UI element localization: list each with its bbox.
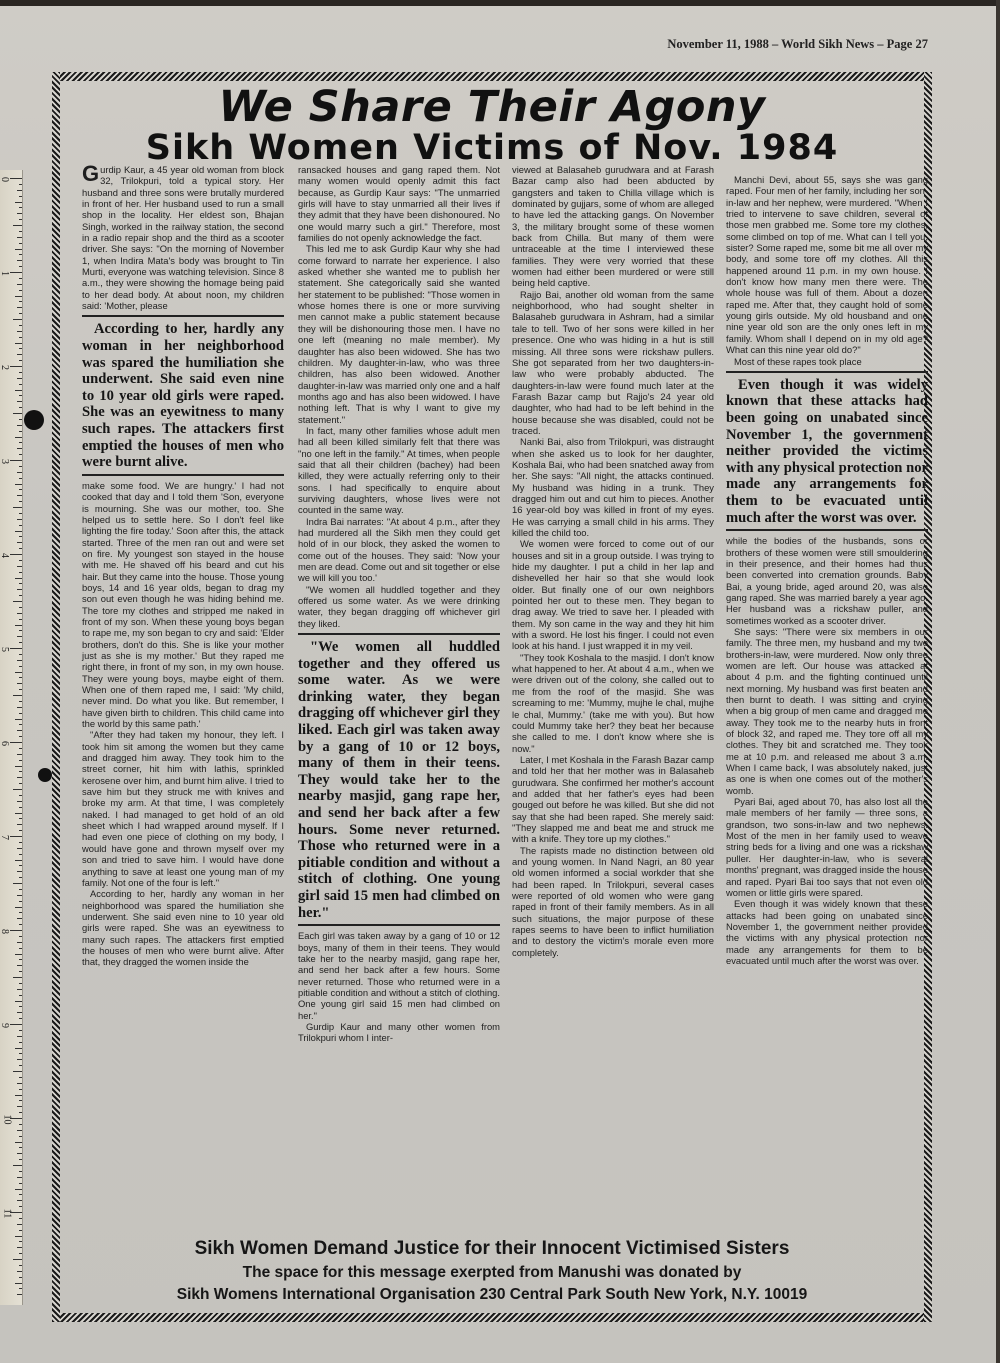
ruler-tick [19, 936, 22, 937]
ruler-number: 4 [0, 553, 10, 558]
ruler-tick [15, 1142, 22, 1143]
article-paragraph: In fact, many other families whose adult… [298, 425, 500, 516]
article-paragraph: Most of these rapes took place [726, 356, 928, 367]
ruler-tick [10, 554, 22, 555]
ruler-tick [19, 1159, 22, 1160]
ruler-tick [17, 1106, 22, 1107]
pull-quote-text: According to her, hardly any woman in he… [82, 321, 284, 470]
article-paragraph: Later, I met Koshala in the Farash Bazar… [512, 754, 714, 845]
ruler-tick [15, 202, 22, 203]
ruler-tick [19, 924, 22, 925]
ruler-tick [19, 560, 22, 561]
article-paragraph: viewed at Balasaheb gurudwara and at Far… [512, 164, 714, 289]
article-paragraph: "They took Koshala to the masjid. I don'… [512, 652, 714, 754]
ruler-tick [15, 766, 22, 767]
ruler-tick [19, 1065, 22, 1066]
ruler-tick [19, 583, 22, 584]
ruler-tick [19, 889, 22, 890]
ruler-tick [19, 995, 22, 996]
ruler-tick [15, 437, 22, 438]
ruler-number: 10 [2, 1115, 13, 1125]
advertisement-frame: We Share Their Agony Sikh Women Victims … [52, 72, 932, 1322]
pull-quote: According to her, hardly any woman in he… [82, 315, 284, 475]
ruler-tick [17, 354, 22, 355]
ruler-tick [10, 930, 22, 931]
ruler-tick [19, 901, 22, 902]
binder-hole [24, 410, 44, 430]
ruler-tick [19, 654, 22, 655]
ruler-tick [19, 348, 22, 349]
ruler-tick [19, 243, 22, 244]
ruler-tick [17, 871, 22, 872]
ruler-tick [17, 307, 22, 308]
ruler-tick [10, 178, 22, 179]
ruler-tick [17, 801, 22, 802]
ruler-tick [17, 378, 22, 379]
ruler-tick [10, 836, 22, 837]
ruler-tick [17, 401, 22, 402]
ruler-tick [19, 1089, 22, 1090]
ruler-tick [19, 525, 22, 526]
ruler-tick [19, 196, 22, 197]
article-column-2: ransacked houses and gang raped them. No… [298, 164, 500, 1044]
ruler-tick [19, 854, 22, 855]
ruler-tick [15, 625, 22, 626]
ruler-tick [17, 519, 22, 520]
ruler-tick [19, 395, 22, 396]
ruler-tick [19, 630, 22, 631]
ruler-tick [17, 448, 22, 449]
ruler-tick [19, 207, 22, 208]
ruler-tick [19, 783, 22, 784]
ruler-tick [19, 971, 22, 972]
ruler-tick [19, 677, 22, 678]
ruler-tick [19, 748, 22, 749]
frame-border-bottom [52, 1313, 932, 1322]
ruler-tick [19, 1112, 22, 1113]
ruler-tick [19, 760, 22, 761]
ruler-tick [17, 824, 22, 825]
ruler-tick [19, 1277, 22, 1278]
ruler-tick [17, 213, 22, 214]
ruler-tick [17, 918, 22, 919]
page-right-edge [996, 0, 1000, 1363]
ruler-tick [19, 513, 22, 514]
ruler-tick [19, 466, 22, 467]
subheadline: Sikh Women Victims of Nov. 1984 [52, 128, 932, 168]
ruler-tick [19, 1206, 22, 1207]
ruler-tick [17, 895, 22, 896]
ruler-tick [13, 601, 22, 602]
ruler-tick [17, 1036, 22, 1037]
ruler-tick [19, 384, 22, 385]
ruler-tick [19, 771, 22, 772]
ruler-tick [17, 942, 22, 943]
ruler-tick [19, 595, 22, 596]
ruler-tick [19, 1053, 22, 1054]
ruler-tick [17, 284, 22, 285]
ruler-tick [19, 337, 22, 338]
article-paragraph: Nanki Bai, also from Trilokpuri, was dis… [512, 436, 714, 538]
frame-border-left [52, 72, 60, 1322]
footer-donation-line: The space for this message exerpted from… [52, 1264, 932, 1282]
ruler-tick [17, 1271, 22, 1272]
ruler-tick [15, 672, 22, 673]
ruler-tick [13, 507, 22, 508]
ruler-tick [19, 666, 22, 667]
ruler-tick [19, 736, 22, 737]
frame-border-top [52, 72, 932, 81]
ruler-tick [17, 1200, 22, 1201]
ruler-tick [19, 1218, 22, 1219]
article-paragraph: ransacked houses and gang raped them. No… [298, 164, 500, 243]
ruler-tick [13, 695, 22, 696]
article-paragraph: According to her, hardly any woman in he… [82, 888, 284, 967]
article-paragraph: Indra Bai narrates: "At about 4 p.m., af… [298, 516, 500, 584]
pull-quote: "We women all huddled together and they … [298, 633, 500, 926]
pull-quote: Even though it was widely known that the… [726, 371, 928, 531]
ruler-tick [15, 1001, 22, 1002]
footer-demand-line: Sikh Women Demand Justice for their Inno… [52, 1238, 932, 1260]
ruler-tick [15, 390, 22, 391]
ruler-tick [19, 572, 22, 573]
ruler-tick [19, 1006, 22, 1007]
ruler-tick [17, 472, 22, 473]
ruler-tick [19, 254, 22, 255]
ruler-tick [13, 883, 22, 884]
ruler-tick [17, 542, 22, 543]
ruler-tick [19, 724, 22, 725]
ruler-tick [15, 719, 22, 720]
ruler-tick [19, 313, 22, 314]
ruler-tick [17, 613, 22, 614]
ruler-tick [19, 1030, 22, 1031]
ruler-tick [10, 742, 22, 743]
ruler-tick [19, 1100, 22, 1101]
ruler-tick [19, 842, 22, 843]
ruler-tick [17, 636, 22, 637]
ruler-tick [19, 219, 22, 220]
ruler-tick [19, 983, 22, 984]
ruler-tick [19, 1194, 22, 1195]
ruler-tick [15, 1283, 22, 1284]
ruler-number: 7 [0, 835, 10, 840]
ruler-tick [13, 1071, 22, 1072]
article-paragraph: Each girl was taken away by a gang of 10… [298, 930, 500, 1021]
ruler-tick [17, 777, 22, 778]
ruler-tick [19, 431, 22, 432]
article-paragraph: "After they had taken my honour, they le… [82, 729, 284, 888]
ruler-tick [17, 260, 22, 261]
ruler-tick [10, 1024, 22, 1025]
ruler-tick [17, 237, 22, 238]
ruler-tick [19, 877, 22, 878]
ruler-number: 5 [0, 647, 10, 652]
ruler-tick [19, 959, 22, 960]
ruler-tick [15, 578, 22, 579]
ruler-tick [15, 296, 22, 297]
ruler-tick [17, 1059, 22, 1060]
ruler-tick [19, 301, 22, 302]
ruler-number: 6 [0, 741, 10, 746]
ruler-tick [13, 789, 22, 790]
ruler-tick [17, 730, 22, 731]
ruler-tick [13, 319, 22, 320]
article-column-3: viewed at Balasaheb gurudwara and at Far… [512, 164, 714, 958]
ruler-number: 0 [0, 177, 10, 182]
ruler-tick [17, 754, 22, 755]
headline: We Share Their Agony [52, 84, 932, 130]
ruler-tick [17, 495, 22, 496]
ruler-tick [19, 548, 22, 549]
ruler-tick [13, 413, 22, 414]
ruler-tick [17, 848, 22, 849]
ruler-tick [19, 619, 22, 620]
ruler-tick [19, 231, 22, 232]
ruler-tick [19, 325, 22, 326]
ruler-tick [19, 1147, 22, 1148]
ruler-tick [19, 830, 22, 831]
ruler-tick [10, 366, 22, 367]
ruler-tick [17, 989, 22, 990]
ruler-tick [10, 272, 22, 273]
ruler-tick [19, 278, 22, 279]
article-paragraph: Even though it was widely known that the… [726, 898, 928, 966]
ruler-tick [19, 642, 22, 643]
ruler-number: 3 [0, 459, 10, 464]
ruler-tick [17, 1153, 22, 1154]
article-paragraph: Gurdip Kaur and many other women from Tr… [298, 1021, 500, 1044]
ruler-number: 2 [0, 365, 10, 370]
ruler-tick [19, 501, 22, 502]
ruler-tick [19, 607, 22, 608]
ruler-tick [19, 1042, 22, 1043]
ruler-tick [15, 1236, 22, 1237]
ruler-number: 8 [0, 929, 10, 934]
ruler-tick [19, 442, 22, 443]
ruler-tick [19, 1241, 22, 1242]
ruler-tick [17, 1224, 22, 1225]
ruler-tick [19, 536, 22, 537]
ruler-tick [19, 290, 22, 291]
ruler-tick [17, 589, 22, 590]
ruler-tick [19, 478, 22, 479]
ruler-tick [15, 813, 22, 814]
ruler-tick [17, 1083, 22, 1084]
ruler-tick [19, 689, 22, 690]
ruler-tick [17, 1294, 22, 1295]
ruler-tick [19, 865, 22, 866]
ruler-tick [19, 419, 22, 420]
ruler-tick [17, 660, 22, 661]
article-paragraph: We women were forced to come out of our … [512, 538, 714, 651]
ruler-tick [19, 912, 22, 913]
ruler-tick [19, 1230, 22, 1231]
ruler-tick [19, 1136, 22, 1137]
ruler-tick [19, 1124, 22, 1125]
article-paragraph: Gurdip Kaur, a 45 year old woman from bl… [82, 164, 284, 311]
footer-organisation-line: Sikh Womens International Organisation 2… [52, 1286, 932, 1304]
ruler-tick [19, 795, 22, 796]
binder-hole [38, 768, 52, 782]
ruler-tick [13, 1165, 22, 1166]
ruler-number: 9 [0, 1023, 10, 1028]
ruler-tick [13, 977, 22, 978]
pull-quote-text: Even though it was widely known that the… [726, 377, 928, 526]
ruler-tick [17, 331, 22, 332]
ruler-tick [17, 707, 22, 708]
article-column-1: Gurdip Kaur, a 45 year old woman from bl… [82, 164, 284, 968]
ruler-tick [10, 648, 22, 649]
ruler-tick [17, 683, 22, 684]
ruler-tick [19, 701, 22, 702]
article-paragraph: "We women all huddled together and they … [298, 584, 500, 629]
ruler-tick [17, 1130, 22, 1131]
article-paragraph: Pyari Bai, aged about 70, has also lost … [726, 796, 928, 898]
article-paragraph: Manchi Devi, about 55, says she was gang… [726, 174, 928, 356]
article-paragraph: The rapists made no distinction between … [512, 845, 714, 958]
ruler-tick [15, 343, 22, 344]
pull-quote-text: "We women all huddled together and they … [298, 639, 500, 921]
ruler-tick [17, 566, 22, 567]
ruler-tick [19, 1265, 22, 1266]
ruler-tick [15, 954, 22, 955]
ruler-tick [17, 1177, 22, 1178]
ruler-tick [15, 1095, 22, 1096]
ruler-tick [15, 1048, 22, 1049]
ruler-tick [15, 907, 22, 908]
article-column-4: Manchi Devi, about 55, says she was gang… [726, 174, 928, 966]
ruler-number: 1 [0, 271, 10, 276]
ruler-tick [19, 454, 22, 455]
ruler-tick [19, 818, 22, 819]
ruler-tick [17, 965, 22, 966]
ruler-tick [19, 807, 22, 808]
ruler-tick [13, 1259, 22, 1260]
ruler-tick [19, 1183, 22, 1184]
ruler-tick [19, 1077, 22, 1078]
article-paragraph: Rajjo Bai, another old woman from the sa… [512, 289, 714, 436]
ruler-tick [19, 184, 22, 185]
ruler-tick [10, 460, 22, 461]
ruler-tick [15, 860, 22, 861]
article-paragraph: make some food. We are hungry.' I had no… [82, 480, 284, 730]
ruler-tick [15, 531, 22, 532]
page-folio: November 11, 1988 – World Sikh News – Pa… [667, 37, 928, 52]
ruler-brand: WESTCOTT [0, 270, 1, 321]
ruler-tick [15, 484, 22, 485]
ruler: WESTCOTT 01234567891011 [0, 170, 23, 1305]
article-paragraph: She says: "There were six members in our… [726, 626, 928, 796]
newspaper-page: November 11, 1988 – World Sikh News – Pa… [0, 0, 1000, 1363]
article-paragraph: This led me to ask Gurdip Kaur why she h… [298, 243, 500, 425]
ruler-tick [15, 249, 22, 250]
ruler-number: 11 [1, 1209, 12, 1219]
drop-cap: G [82, 165, 99, 183]
ruler-tick [19, 1288, 22, 1289]
ruler-tick [19, 948, 22, 949]
page-top-edge [0, 0, 1000, 6]
ruler-tick [19, 1171, 22, 1172]
ruler-tick [17, 190, 22, 191]
ruler-tick [17, 1247, 22, 1248]
ruler-tick [19, 489, 22, 490]
ruler-tick [17, 425, 22, 426]
ruler-tick [15, 1189, 22, 1190]
ruler-tick [19, 1018, 22, 1019]
article-paragraph: while the bodies of the husbands, sons o… [726, 535, 928, 626]
ruler-tick [19, 372, 22, 373]
ruler-tick [19, 266, 22, 267]
ruler-tick [19, 407, 22, 408]
ruler-tick [19, 360, 22, 361]
ruler-tick [19, 713, 22, 714]
ruler-tick [13, 225, 22, 226]
ruler-tick [19, 1253, 22, 1254]
ruler-tick [17, 1012, 22, 1013]
